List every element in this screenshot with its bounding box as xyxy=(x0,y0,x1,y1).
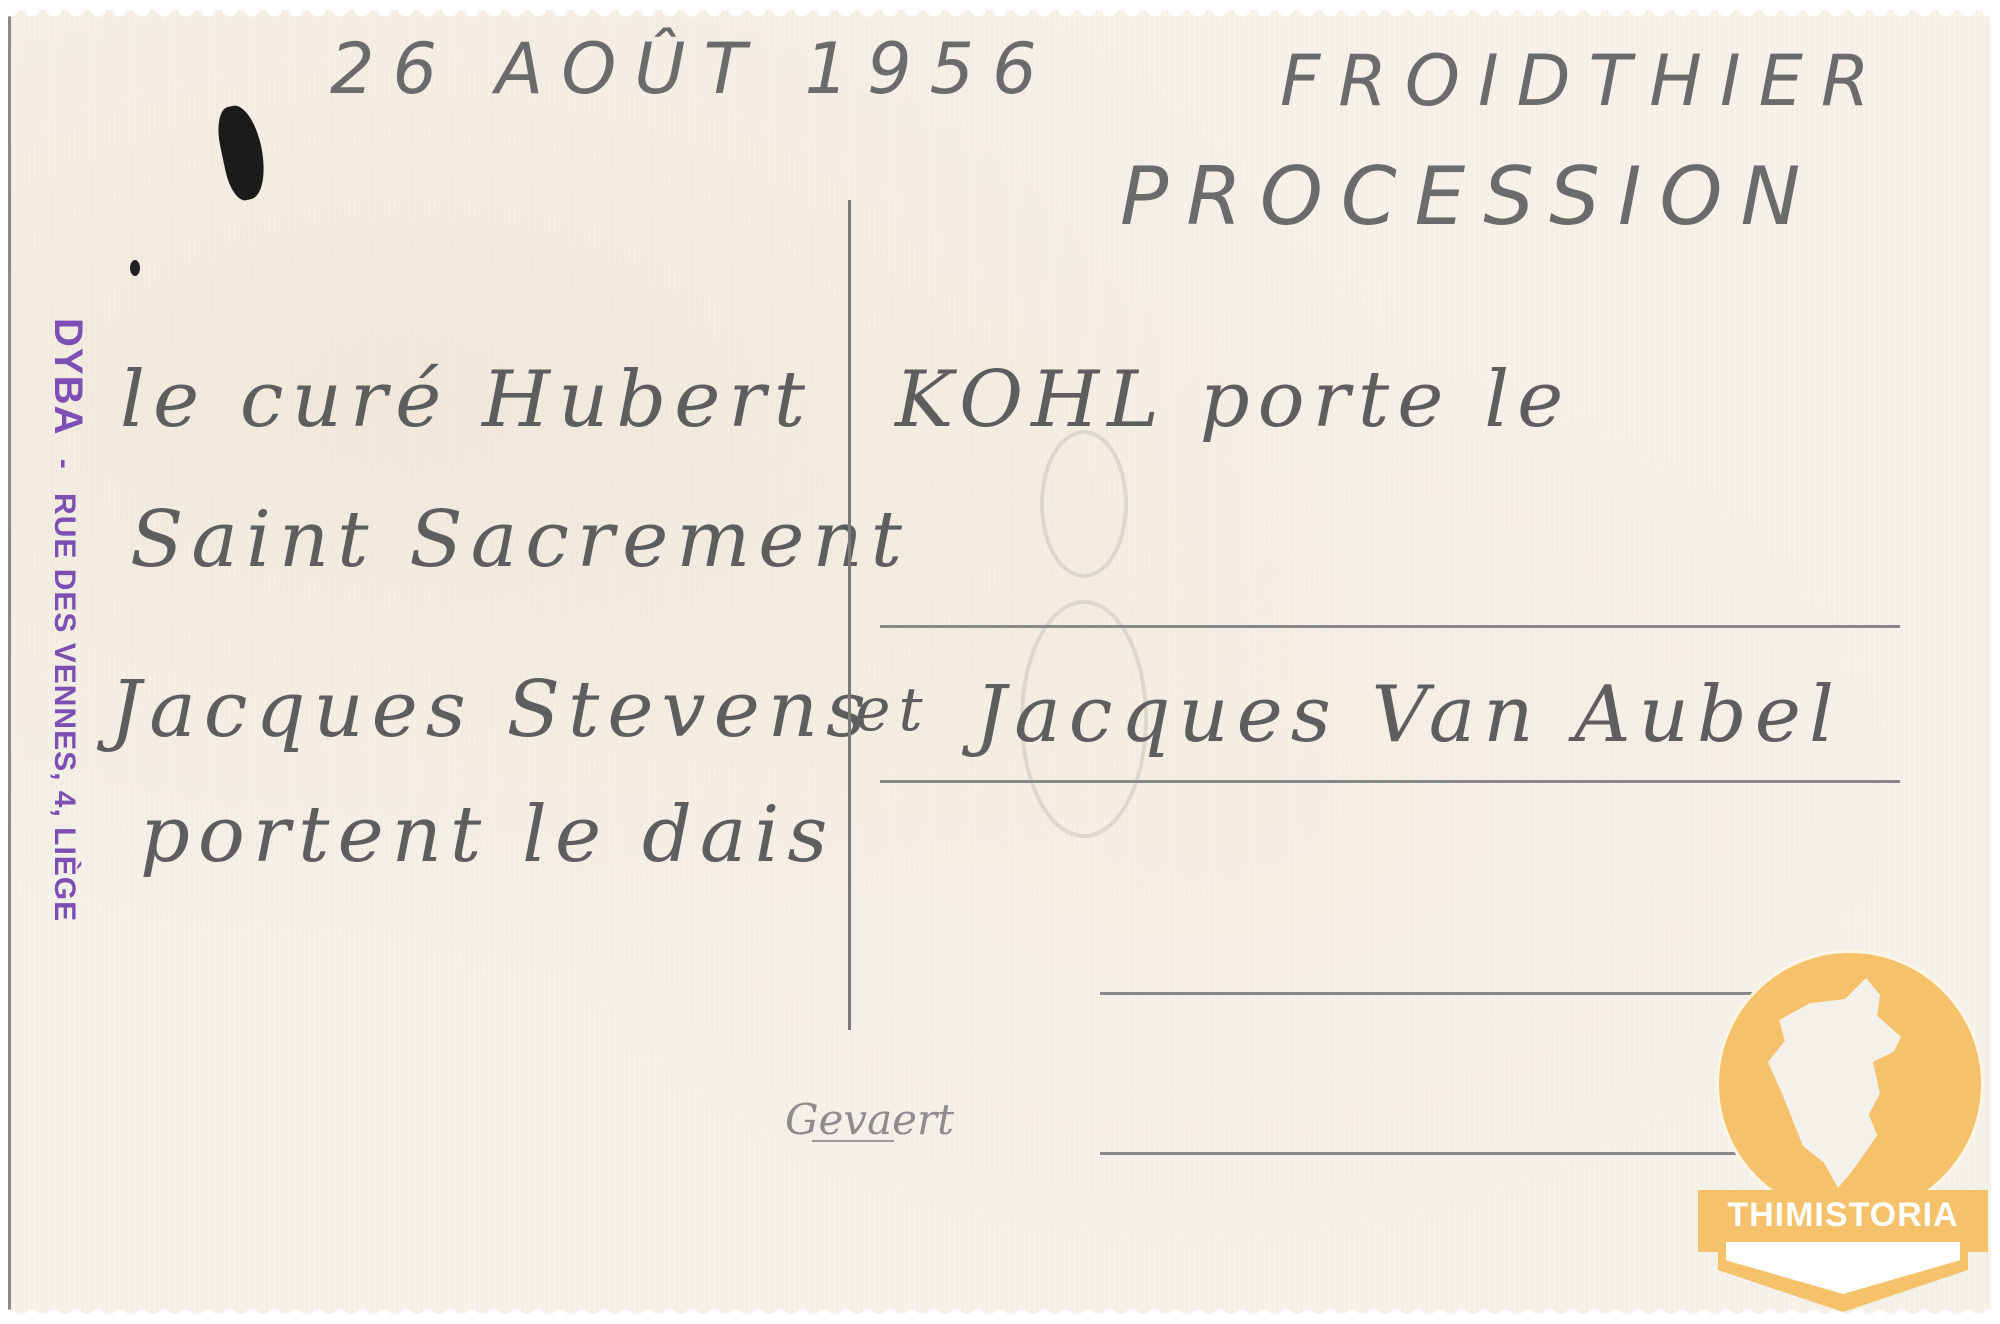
publisher-name: DYBA xyxy=(46,318,90,435)
address-line xyxy=(880,625,1900,628)
faint-erased-mark xyxy=(1040,430,1128,578)
paper-brand-underline xyxy=(812,1140,894,1142)
message-line: Jacques Stevens xyxy=(110,665,874,755)
message-line: et xyxy=(855,675,931,745)
publisher-stamp: DYBA - RUE DES VENNES, 4, LIÈGE xyxy=(32,318,92,1038)
message-line: KOHL porte le xyxy=(895,355,1571,445)
deckled-edge-top xyxy=(0,8,2000,26)
publisher-separator: - xyxy=(48,459,81,470)
message-line: le curé Hubert xyxy=(120,355,813,445)
open-book-pages xyxy=(1726,1242,1960,1294)
heading-date: 26 AOÛT 1956 xyxy=(330,28,1055,110)
heading-place: FROIDTHIER xyxy=(1280,40,1887,122)
heading-event: PROCESSION xyxy=(1120,150,1818,243)
message-line: Jacques Van Aubel xyxy=(975,670,1842,760)
address-line xyxy=(880,780,1900,783)
message-line: portent le dais xyxy=(140,790,835,880)
publisher-address: RUE DES VENNES, 4, LIÈGE xyxy=(48,493,81,922)
ink-speck xyxy=(130,260,140,276)
thimistoria-logo: THIMISTORIA xyxy=(1698,950,1998,1320)
center-divider-line xyxy=(848,200,851,1030)
paper-brand-mark: Gevaert xyxy=(785,1095,954,1144)
message-line: Saint Sacrement xyxy=(130,495,910,585)
logo-text: THIMISTORIA xyxy=(1698,1196,1988,1235)
